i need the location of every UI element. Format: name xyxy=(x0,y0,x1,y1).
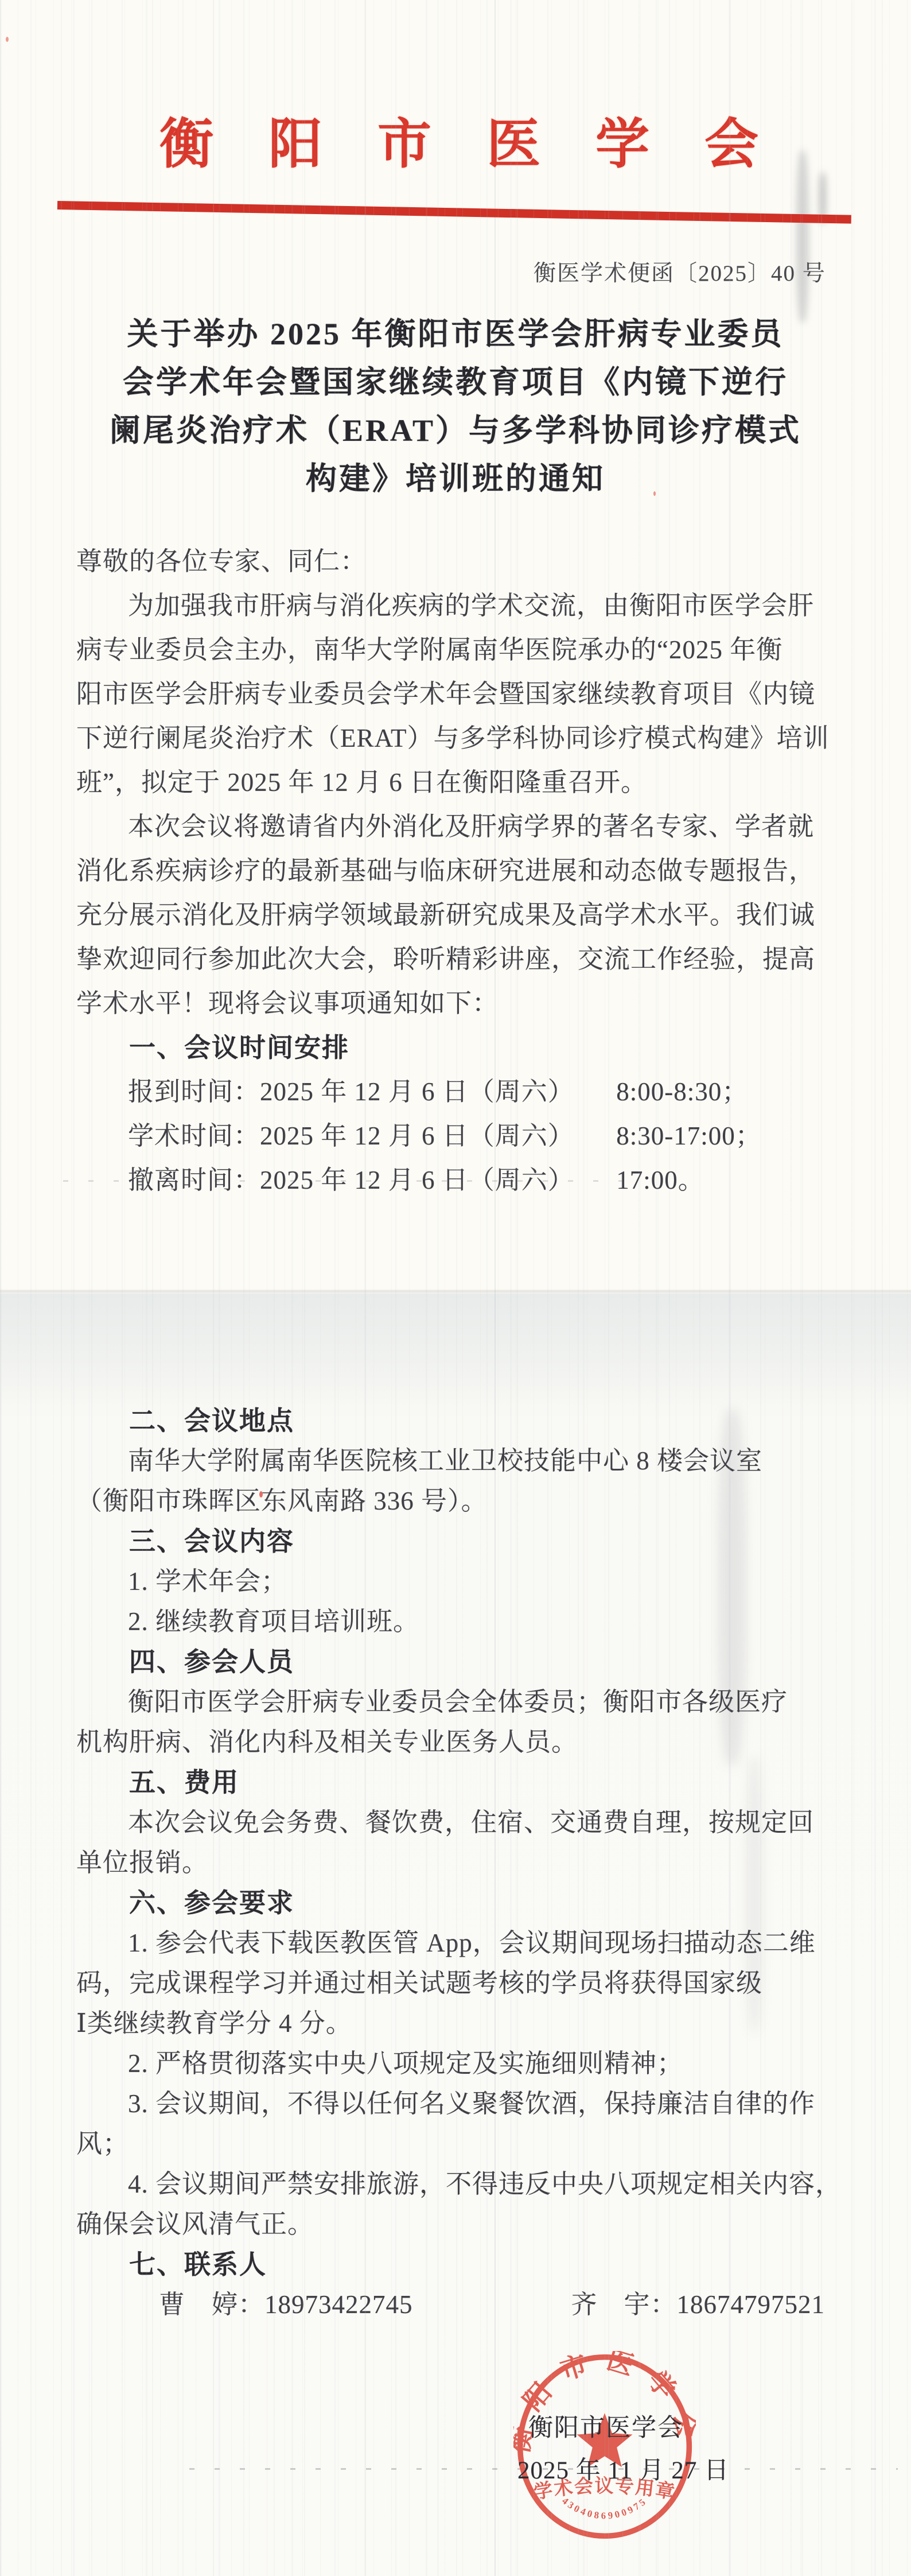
document-title-line: 构建》培训班的通知 xyxy=(0,455,911,503)
doc-line: 消化系疾病诊疗的最新基础与临床研究进展和动态做专题报告， xyxy=(76,849,839,893)
signature-org-name: 衡阳市医学会 xyxy=(528,2408,683,2443)
document-title-line: 会学术年会暨国家继续教育项目《内镜下逆行 xyxy=(0,358,911,406)
seal-serial-number: 4304086900975 xyxy=(560,2495,649,2521)
doc-line: （衡阳市珠晖区东风南路 336 号）。 xyxy=(76,1481,839,1521)
doc-line: 阳市医学会肝病专业委员会学术年会暨国家继续教育项目《内镜 xyxy=(76,672,839,716)
letterhead-red-rule xyxy=(57,201,851,224)
ink-speck xyxy=(6,37,9,42)
doc-line: 挚欢迎同行参加此次大会，聆听精彩讲座，交流工作经验，提高 xyxy=(76,937,839,981)
doc-line: 一、会议时间安排 xyxy=(76,1026,839,1070)
official-seal-stamp: 衡阳市医学会 学术会议专用章 4304086900975 xyxy=(513,2351,696,2543)
doc-line: 报到时间：2025 年 12 月 6 日（周六） 8:00-8:30； xyxy=(76,1070,839,1114)
doc-line: 3. 会议期间，不得以任何名义聚餐饮酒，保持廉洁自律的作 xyxy=(76,2084,839,2124)
doc-line: 学术时间：2025 年 12 月 6 日（周六） 8:30-17:00； xyxy=(76,1114,839,1158)
doc-line: 码，完成课程学习并通过相关试题考核的学员将获得国家级 xyxy=(76,1963,839,2003)
doc-line: 充分展示消化及肝病学领域最新研究成果及高学术水平。我们诚 xyxy=(76,893,839,937)
doc-line: 病专业委员会主办，南华大学附属南华医院承办的“2025 年衡 xyxy=(76,628,839,672)
doc-line: 确保会议风清气正。 xyxy=(76,2204,839,2244)
doc-line: 1. 学术年会； xyxy=(76,1561,839,1601)
doc-line: 四、参会人员 xyxy=(76,1642,839,1682)
doc-line: 七、联系人 xyxy=(76,2244,839,2284)
doc-line: 单位报销。 xyxy=(76,1842,839,1883)
doc-line: 1. 参会代表下载医教医管 App，会议期间现场扫描动态二维 xyxy=(76,1923,839,1963)
doc-line: 班”，拟定于 2025 年 12 月 6 日在衡阳隆重召开。 xyxy=(76,761,839,805)
body-page-1: 尊敬的各位专家、同仁：为加强我市肝病与消化疾病的学术交流，由衡阳市医学会肝病专业… xyxy=(76,540,839,1202)
doc-line: 风； xyxy=(76,2124,839,2164)
doc-line: 机构肝病、消化内科及相关专业医务人员。 xyxy=(76,1722,839,1762)
document-title-line: 阑尾炎治疗术（ERAT）与多学科协同诊疗模式 xyxy=(0,406,911,455)
scanned-notice-document: 衡阳市医学会 衡医学术便函〔2025〕40 号 关于举办 2025 年衡阳市医学… xyxy=(0,0,911,2576)
doc-line: 尊敬的各位专家、同仁： xyxy=(76,540,839,584)
letterhead-org-title: 衡阳市医学会 xyxy=(159,118,813,172)
document-title-line: 关于举办 2025 年衡阳市医学会肝病专业委员 xyxy=(0,310,911,358)
doc-line: 2. 严格贯彻落实中央八项规定及实施细则精神； xyxy=(76,2043,839,2084)
doc-line: 三、会议内容 xyxy=(76,1521,839,1561)
doc-line: 五、费用 xyxy=(76,1762,839,1802)
doc-line: 学术水平！现将会议事项通知如下： xyxy=(76,981,839,1026)
doc-line: 南华大学附属南华医院核工业卫校技能中心 8 楼会议室 xyxy=(76,1441,839,1481)
doc-line: 六、参会要求 xyxy=(76,1883,839,1923)
doc-line: 二、会议地点 xyxy=(76,1400,839,1441)
doc-line: 为加强我市肝病与消化疾病的学术交流，由衡阳市医学会肝 xyxy=(76,584,839,628)
doc-line: 4. 会议期间严禁安排旅游，不得违反中央八项规定相关内容， xyxy=(76,2164,839,2204)
doc-line: 本次会议将邀请省内外消化及肝病学界的著名专家、学者就 xyxy=(76,805,839,849)
doc-line: Ⅰ类继续教育学分 4 分。 xyxy=(76,2003,839,2043)
doc-line: 曹 婷：18973422745 齐 宇：18674797521 xyxy=(76,2284,839,2325)
doc-reference-number: 衡医学术便函〔2025〕40 号 xyxy=(534,255,826,288)
doc-line: 本次会议免会务费、餐饮费，住宿、交通费自理，按规定回 xyxy=(76,1802,839,1842)
doc-line: 2. 继续教育项目培训班。 xyxy=(76,1601,839,1642)
scan-dotted-artifact xyxy=(63,1180,637,1182)
body-page-2: 二、会议地点南华大学附属南华医院核工业卫校技能中心 8 楼会议室（衡阳市珠晖区东… xyxy=(76,1400,839,2325)
doc-line: 下逆行阑尾炎治疗术（ERAT）与多学科协同诊疗模式构建》培训 xyxy=(76,716,839,761)
signature-date: 2025 年 11 月 27 日 xyxy=(517,2451,729,2486)
svg-text:4304086900975: 4304086900975 xyxy=(560,2495,649,2521)
doc-line: 衡阳市医学会肝病专业委员会全体委员；衡阳市各级医疗 xyxy=(76,1682,839,1722)
document-title: 关于举办 2025 年衡阳市医学会肝病专业委员会学术年会暨国家继续教育项目《内镜… xyxy=(0,310,911,503)
scan-smudge xyxy=(796,150,809,323)
